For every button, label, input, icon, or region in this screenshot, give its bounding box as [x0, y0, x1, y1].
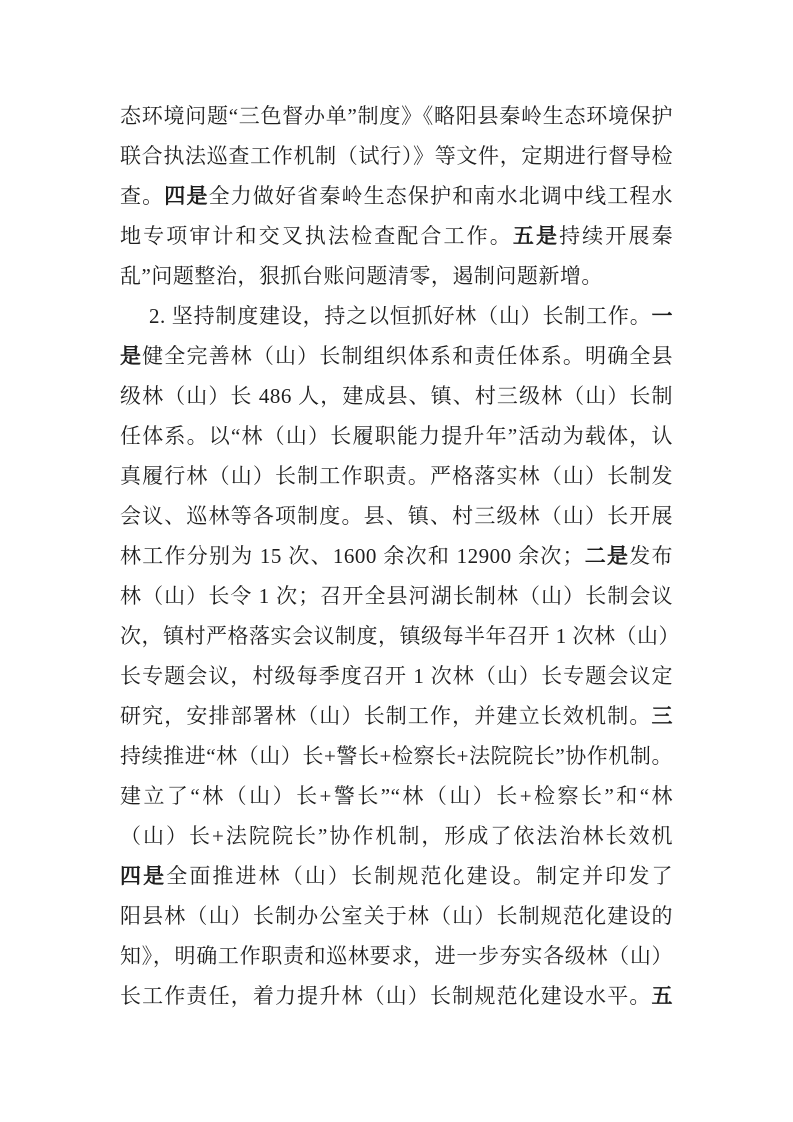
text-run: 态环境问题“三色督办单”制度》《略阳县秦岭生态环境保护	[120, 104, 673, 128]
text-run: 查。	[120, 184, 164, 208]
text-run: 地专项审计和交叉执法检查配合工作。	[120, 224, 513, 248]
text-run: 林工作分别为 15 次、1600 余次和 12900 余次；	[120, 544, 584, 568]
bold-text-run: 是	[120, 344, 142, 368]
text-run: 乱”问题整治，狠抓台账问题清零，遏制问题新增。	[120, 264, 603, 288]
text-run: 会议、巡林等各项制度。县、镇、村三级林（山）长开展巡	[120, 504, 673, 536]
document-line: 联合执法巡查工作机制（试行）》等文件，定期进行督导检	[120, 136, 673, 176]
bold-text-run: 二是	[584, 544, 629, 568]
text-run: （山）长+法院院长”协作机制，形成了依法治林长效机制。	[120, 824, 673, 856]
document-line: 林工作分别为 15 次、1600 余次和 12900 余次；二是发布总	[120, 536, 673, 576]
document-line: 级林（山）长 486 人，建成县、镇、村三级林（山）长制责	[120, 376, 673, 416]
bold-text-run: 五是	[513, 224, 559, 248]
text-run: 2. 坚持制度建设，持之以恒抓好林（山）长制工作。	[149, 304, 652, 328]
document-text-block: 态环境问题“三色督办单”制度》《略阳县秦岭生态环境保护联合执法巡查工作机制（试行…	[120, 96, 673, 1016]
document-line: 查。四是全力做好省秦岭生态保护和南水北调中线工程水源	[120, 176, 673, 216]
document-line: 地专项审计和交叉执法检查配合工作。五是持续开展秦岭“五	[120, 216, 673, 256]
text-run: 持续推进“林（山）长+警长+检察长+法院院长”协作机制。	[120, 744, 673, 768]
text-run: 级林（山）长 486 人，建成县、镇、村三级林（山）长制责	[120, 384, 673, 416]
text-run: 健全完善林（山）长制组织体系和责任体系。明确全县三	[120, 344, 673, 376]
document-line: 知》，明确工作职责和巡林要求，进一步夯实各级林（山）	[120, 936, 673, 976]
bold-text-run: 一	[652, 304, 674, 328]
document-line: 是健全完善林（山）长制组织体系和责任体系。明确全县三	[120, 336, 673, 376]
text-run: 全面推进林（山）长制规范化建设。制定并印发了《略	[120, 864, 673, 896]
text-run: 研究，安排部署林（山）长制工作，并建立长效机制。	[120, 704, 652, 728]
document-line: 真履行林（山）长制工作职责。严格落实林（山）长制发令、	[120, 456, 673, 496]
text-run: 联合执法巡查工作机制（试行）》等文件，定期进行督导检	[120, 144, 673, 168]
document-line: 林（山）长令 1 次；召开全县河湖长制林（山）长制会议 1	[120, 576, 673, 616]
document-line: 次，镇村严格落实会议制度，镇级每半年召开 1 次林（山）	[120, 616, 673, 656]
text-run: 长专题会议，村级每季度召开 1 次林（山）长专题会议定期	[120, 664, 673, 696]
document-line: 乱”问题整治，狠抓台账问题清零，遏制问题新增。	[120, 256, 673, 296]
document-line: 四是全面推进林（山）长制规范化建设。制定并印发了《略	[120, 856, 673, 896]
document-line: （山）长+法院院长”协作机制，形成了依法治林长效机制。	[120, 816, 673, 856]
text-run: 建立了“林（山）长+警长”“林（山）长+检察长”和“林	[120, 784, 673, 808]
text-run: 真履行林（山）长制工作职责。严格落实林（山）长制发令、	[120, 464, 673, 496]
document-line: 研究，安排部署林（山）长制工作，并建立长效机制。三是	[120, 696, 673, 736]
document-page: 态环境问题“三色督办单”制度》《略阳县秦岭生态环境保护联合执法巡查工作机制（试行…	[0, 0, 793, 1122]
document-line: 阳县林（山）长制办公室关于林（山）长制规范化建设的通	[120, 896, 673, 936]
text-run: 长工作责任，着力提升林（山）长制规范化建设水平。	[120, 984, 652, 1008]
text-run: 知》，明确工作职责和巡林要求，进一步夯实各级林（山）	[120, 944, 673, 968]
bold-text-run: 四是	[120, 864, 166, 888]
text-run: 阳县林（山）长制办公室关于林（山）长制规范化建设的通	[120, 904, 673, 936]
document-line: 长工作责任，着力提升林（山）长制规范化建设水平。五是	[120, 976, 673, 1016]
document-line: 建立了“林（山）长+警长”“林（山）长+检察长”和“林	[120, 776, 673, 816]
text-run: 任体系。以“林（山）长履职能力提升年”活动为载体，认	[120, 424, 673, 448]
bold-text-run: 四是	[164, 184, 208, 208]
text-run: 林（山）长令 1 次；召开全县河湖长制林（山）长制会议 1	[120, 584, 673, 616]
document-line: 会议、巡林等各项制度。县、镇、村三级林（山）长开展巡	[120, 496, 673, 536]
document-line: 态环境问题“三色督办单”制度》《略阳县秦岭生态环境保护	[120, 96, 673, 136]
document-line: 任体系。以“林（山）长履职能力提升年”活动为载体，认	[120, 416, 673, 456]
document-line: 2. 坚持制度建设，持之以恒抓好林（山）长制工作。一	[120, 296, 673, 336]
document-line: 持续推进“林（山）长+警长+检察长+法院院长”协作机制。	[120, 736, 673, 776]
text-run: 次，镇村严格落实会议制度，镇级每半年召开 1 次林（山）	[120, 624, 673, 648]
document-line: 长专题会议，村级每季度召开 1 次林（山）长专题会议定期	[120, 656, 673, 696]
